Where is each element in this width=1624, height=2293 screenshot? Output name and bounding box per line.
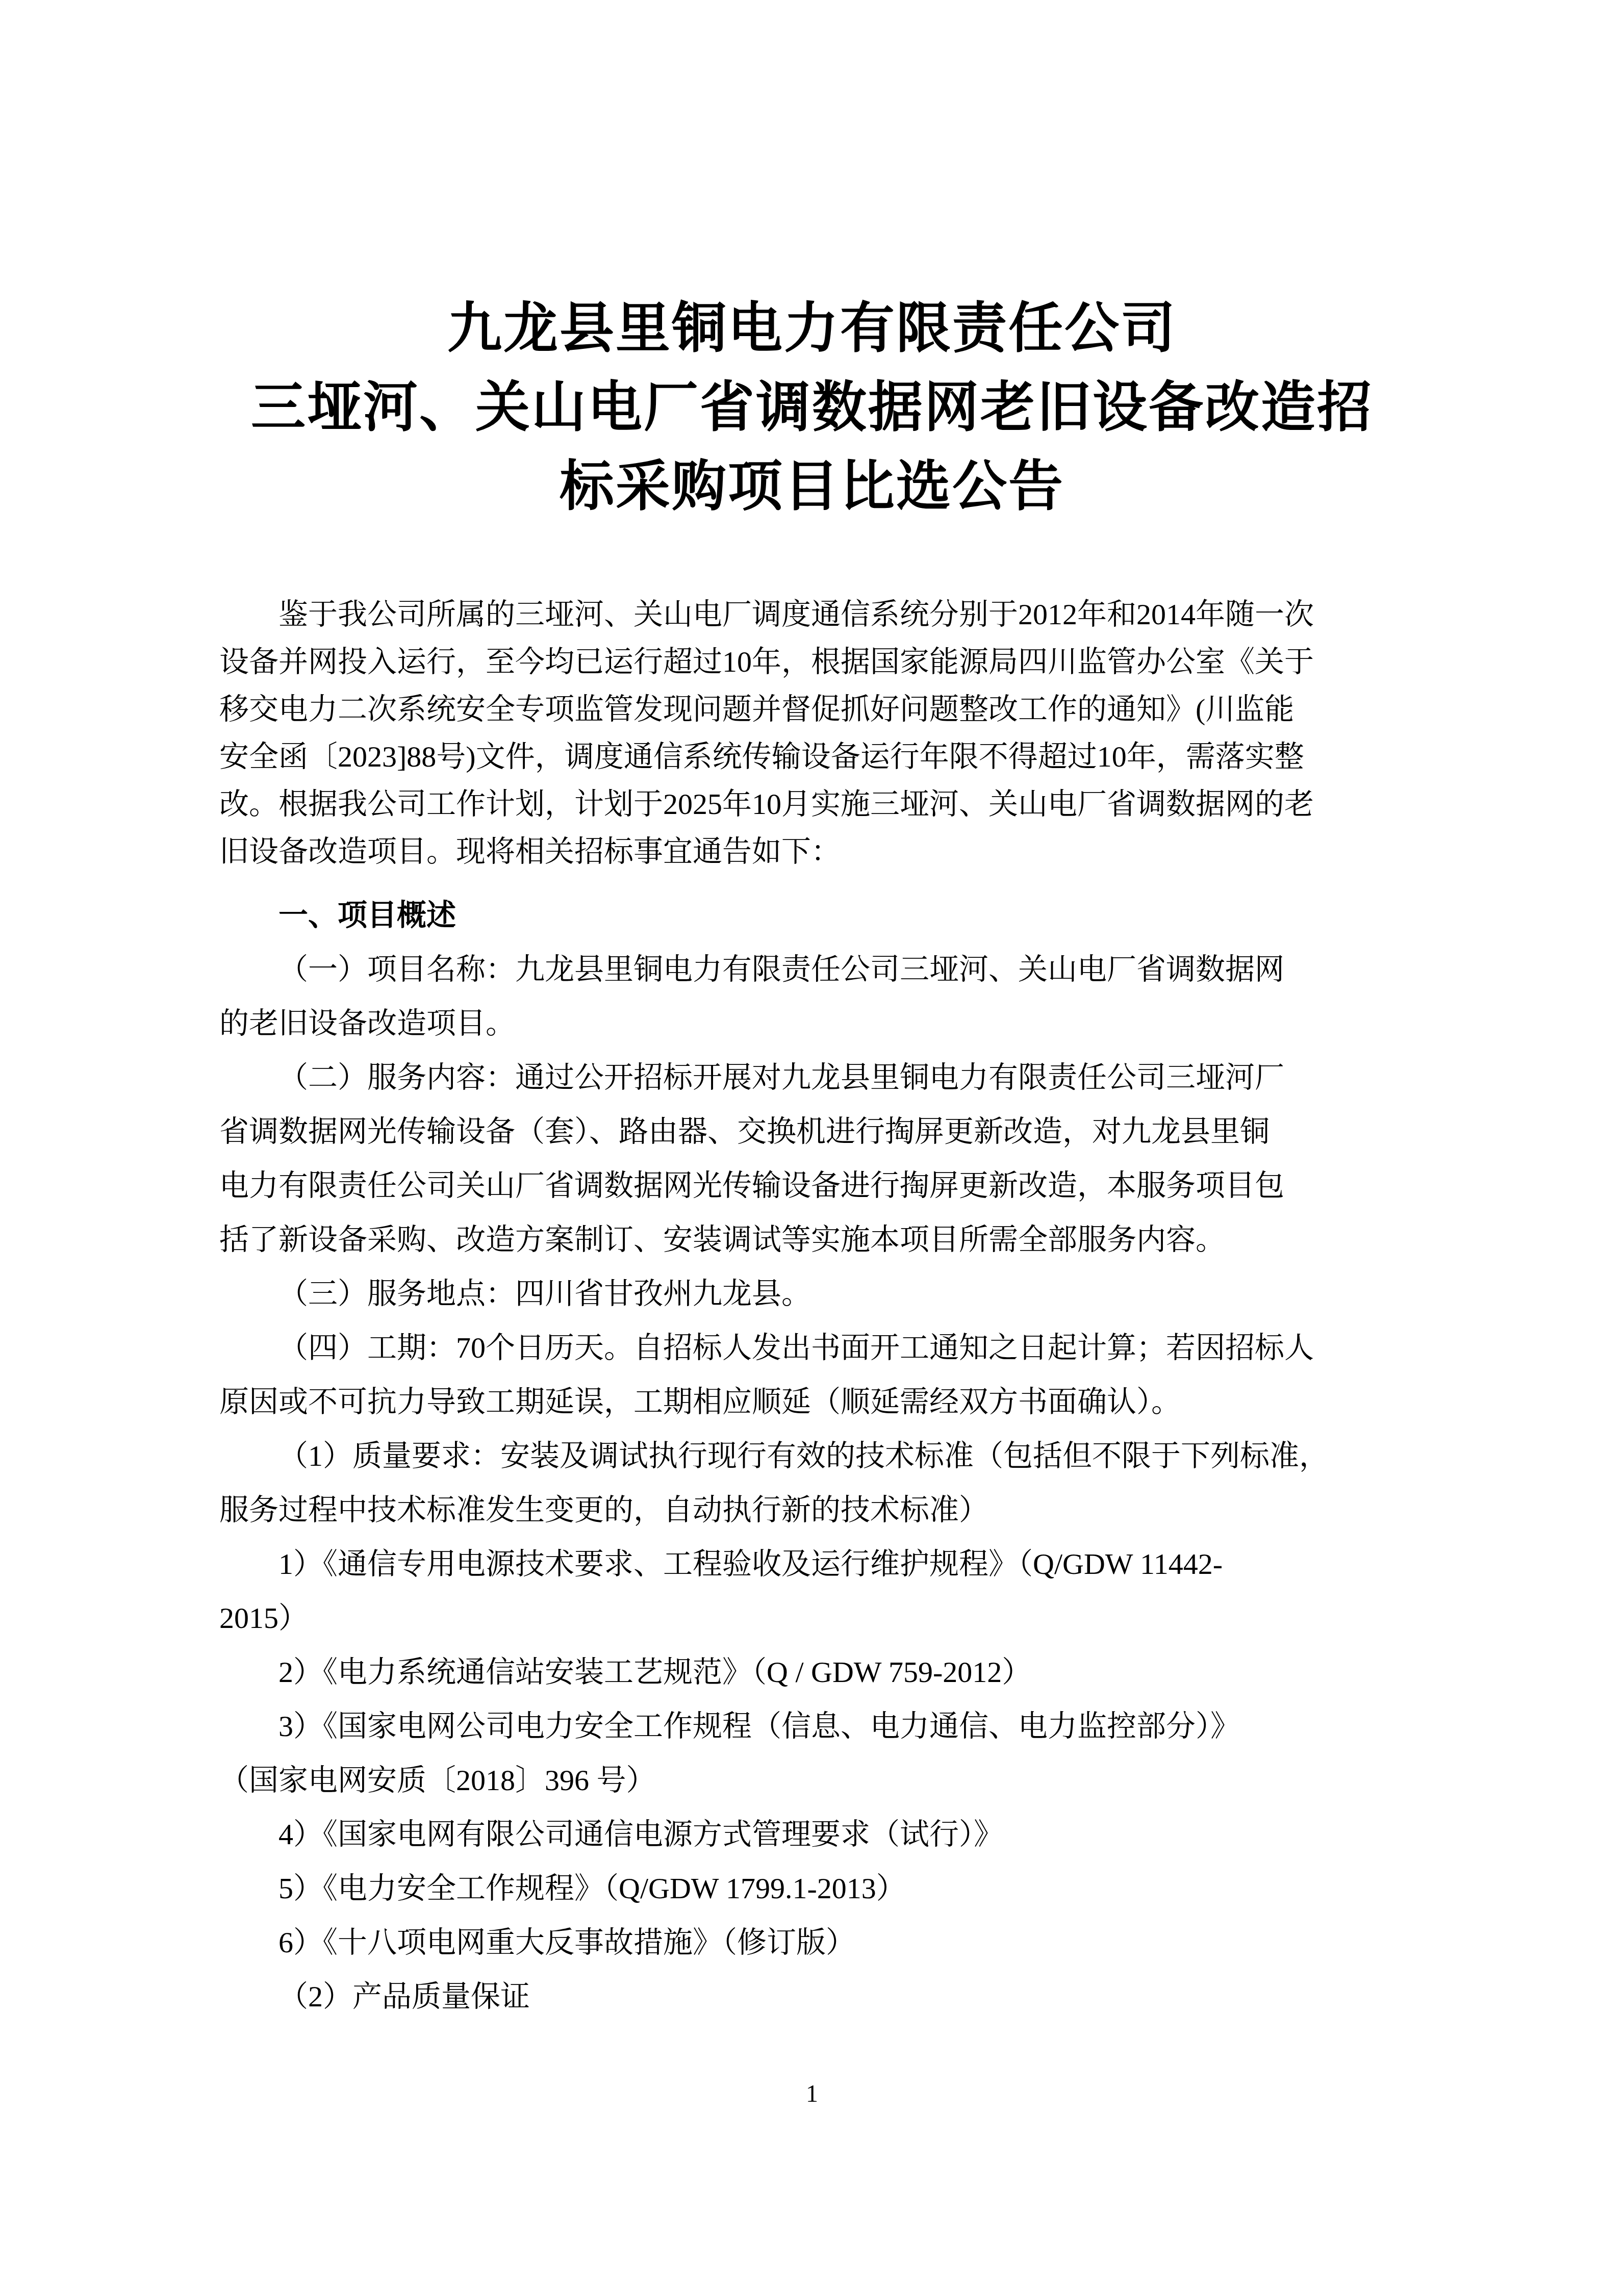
body-line: 的老旧设备改造项目。 [219,997,1433,1051]
intro-line: 旧设备改造项目。现将相关招标事宜通告如下： [219,828,1433,875]
section-project-overview: 一、项目概述 （一）项目名称：九龙县里铜电力有限责任公司三垭河、关山电厂省调数据… [219,888,1433,2024]
body-line: （三）服务地点：四川省甘孜州九龙县。 [219,1267,1433,1321]
body-line: 省调数据网光传输设备（套）、路由器、交换机进行掏屏更新改造，对九龙县里铜 [219,1105,1433,1159]
body-line: （一）项目名称：九龙县里铜电力有限责任公司三垭河、关山电厂省调数据网 [219,942,1433,997]
intro-line: 改。根据我公司工作计划，计划于2025年10月实施三垭河、关山电厂省调数据网的老 [219,780,1433,828]
title-line: 三垭河、关山电厂省调数据网老旧设备改造招 [0,369,1624,448]
body-line: （国家电网安质〔2018〕396 号） [219,1753,1433,1807]
intro-line: 鉴于我公司所属的三垭河、关山电厂调度通信系统分别于2012年和2014年随一次 [219,591,1433,638]
body-line: 电力有限责任公司关山厂省调数据网光传输设备进行掏屏更新改造，本服务项目包 [219,1159,1433,1213]
body-line: 服务过程中技术标准发生变更的，自动执行新的技术标准） [219,1483,1433,1537]
body-line: 1）《通信专用电源技术要求、工程验收及运行维护规程》（Q/GDW 11442- [219,1537,1433,1591]
body-line: 3）《国家电网公司电力安全工作规程（信息、电力通信、电力监控部分）》 [219,1699,1433,1753]
body-line: （二）服务内容：通过公开招标开展对九龙县里铜电力有限责任公司三垭河厂 [219,1051,1433,1105]
intro-paragraph: 鉴于我公司所属的三垭河、关山电厂调度通信系统分别于2012年和2014年随一次 … [219,591,1433,875]
body-line: 4）《国家电网有限公司通信电源方式管理要求（试行）》 [219,1807,1433,1862]
intro-line: 安全函〔2023]88号)文件，调度通信系统传输设备运行年限不得超过10年，需落… [219,733,1433,780]
title-line: 九龙县里铜电力有限责任公司 [0,290,1624,369]
body-line: （四）工期：70个日历天。自招标人发出书面开工通知之日起计算；若因招标人 [219,1321,1433,1375]
section-heading: 一、项目概述 [219,888,1433,942]
body-line: 2）《电力系统通信站安装工艺规范》（Q / GDW 759-2012） [219,1645,1433,1699]
body-line: 6）《十八项电网重大反事故措施》（修订版） [219,1916,1433,1970]
body-line: 5）《电力安全工作规程》（Q/GDW 1799.1-2013） [219,1862,1433,1916]
intro-line: 设备并网投入运行，至今均已运行超过10年，根据国家能源局四川监管办公室《关于 [219,638,1433,685]
title-line: 标采购项目比选公告 [0,448,1624,527]
document-page: 九龙县里铜电力有限责任公司 三垭河、关山电厂省调数据网老旧设备改造招 标采购项目… [0,0,1624,2293]
document-title: 九龙县里铜电力有限责任公司 三垭河、关山电厂省调数据网老旧设备改造招 标采购项目… [0,290,1624,527]
page-number: 1 [0,2080,1624,2108]
intro-line: 移交电力二次系统安全专项监管发现问题并督促抓好问题整改工作的通知》(川监能 [219,685,1433,733]
body-line: 括了新设备采购、改造方案制订、安装调试等实施本项目所需全部服务内容。 [219,1213,1433,1267]
body-line: （1）质量要求：安装及调试执行现行有效的技术标准（包括但不限于下列标准， [219,1429,1433,1483]
body-line: （2）产品质量保证 [219,1970,1433,2024]
body-line: 原因或不可抗力导致工期延误，工期相应顺延（顺延需经双方书面确认）。 [219,1375,1433,1429]
document-body: 鉴于我公司所属的三垭河、关山电厂调度通信系统分别于2012年和2014年随一次 … [219,591,1433,2024]
body-line: 2015） [219,1591,1433,1645]
